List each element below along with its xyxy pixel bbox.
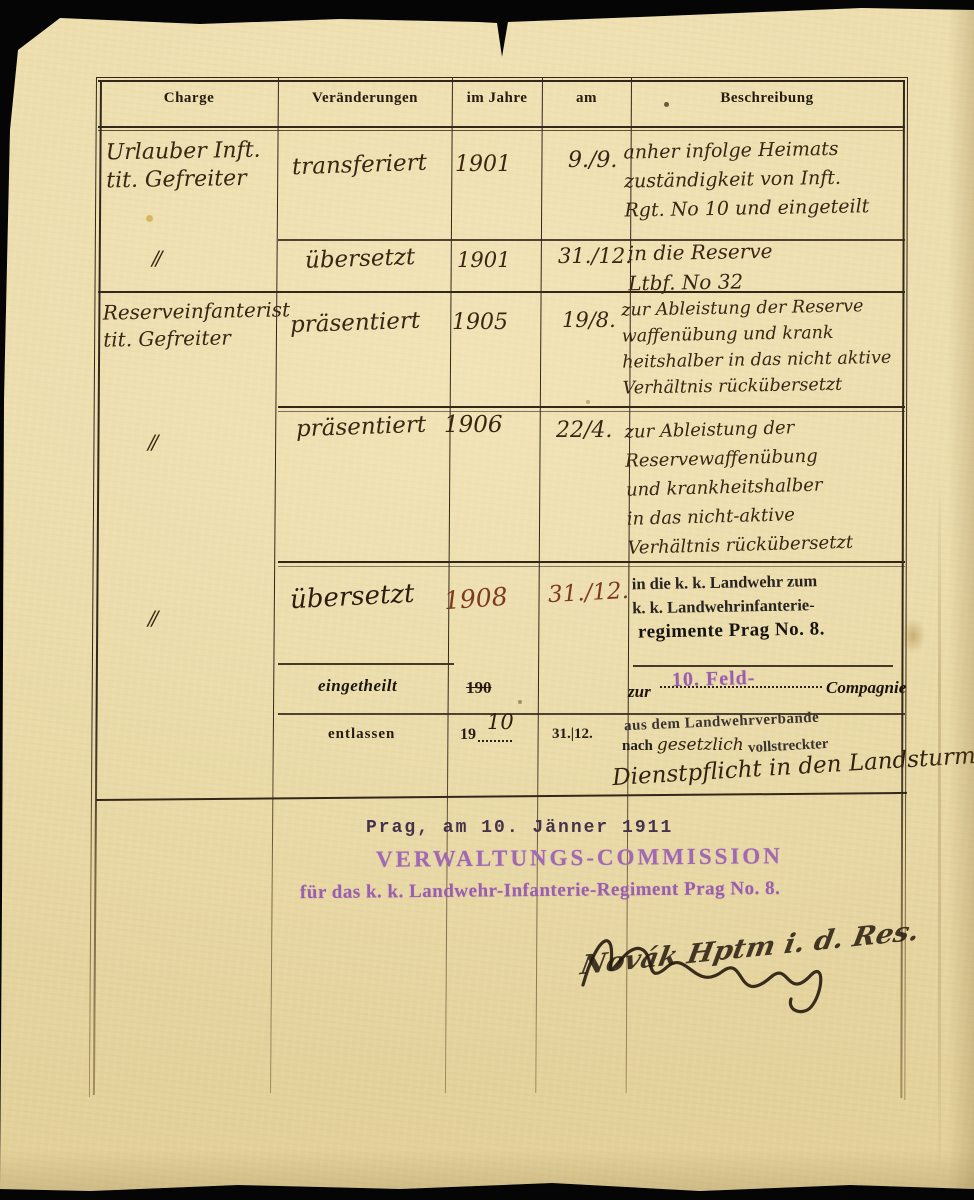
regiment-stamp-upper: in die k. k. Landwehr zum k. k. Landwehr… — [632, 568, 903, 621]
company-stamp: 10. Feld- — [672, 667, 756, 692]
paper-sheet: Charge Veränderungen im Jahre am Beschre… — [0, 0, 974, 1200]
row-divider-5-right — [633, 665, 893, 667]
year-handwritten: 10 — [487, 710, 514, 734]
year-cell: 1906 — [444, 412, 503, 438]
table-border-top-outer — [96, 77, 907, 78]
column-header-charge: Charge — [100, 90, 278, 107]
day-cell: 31./12. — [558, 244, 632, 268]
charge-ditto-mark: // — [148, 606, 155, 630]
day-cell: 19/8. — [562, 308, 616, 332]
change-printed: entlassen — [328, 726, 395, 743]
table-border-top-inner — [98, 80, 905, 82]
ink-dot — [664, 102, 669, 107]
description-cell: in die Reserve Ltbf. No 32 — [627, 234, 898, 299]
change-cell: übersetzt — [305, 244, 416, 274]
header-rule-thin — [98, 130, 903, 131]
yellow-dot — [146, 215, 153, 222]
small-speck — [586, 400, 590, 404]
discharge-stamp-line2: nach gesetzlich vollstreckter — [622, 735, 828, 755]
day-printed: 31.|12. — [552, 726, 593, 743]
record-bottom-rule — [96, 792, 907, 801]
charge-cell: Urlauber Inft. tit. Gefreiter — [106, 137, 262, 196]
paper-crease — [938, 470, 941, 1180]
description-cell: anher infolge Heimats zuständigkeit von … — [623, 133, 914, 225]
year-printed: 19 — [460, 726, 476, 744]
year-cell: 1908 — [443, 582, 508, 615]
header-rule-thick — [98, 126, 905, 128]
column-header-veraenderungen: Veränderungen — [278, 90, 452, 107]
handwritten-insert: gesetzlich — [657, 735, 744, 755]
day-cell: 22/4. — [556, 418, 612, 443]
year-struck: 190 — [466, 678, 492, 698]
charge-cell: Reserveinfanterist tit. Gefreiter — [103, 296, 291, 353]
row-divider-4b — [278, 566, 905, 567]
year-cell: 1901 — [455, 152, 511, 177]
right-edge-shadow — [948, 0, 974, 1200]
column-divider-1 — [270, 77, 279, 1093]
place-date-line: Prag, am 10. Jänner 1911 — [366, 818, 673, 838]
signature-block: Novák Hptm i. d. Res. — [575, 915, 875, 1025]
small-speck — [518, 700, 522, 704]
change-printed: eingetheilt — [318, 676, 397, 696]
year-cell: 1905 — [452, 310, 508, 335]
commission-stamp-line2: für das k. k. Landwehr-Infanterie-Regime… — [300, 878, 781, 904]
column-divider-3 — [535, 77, 543, 1093]
row-divider-4a — [278, 561, 905, 563]
compagnie-label: Compagnie — [826, 678, 906, 698]
change-cell: präsentiert — [290, 308, 421, 339]
charge-ditto-mark: // — [152, 246, 159, 270]
year-dotted-line — [478, 740, 512, 742]
column-header-am: am — [542, 90, 631, 107]
commission-stamp-line1: VERWALTUNGS-COMMISSION — [376, 843, 783, 873]
change-cell: präsentiert — [296, 412, 427, 443]
column-header-beschreibung: Beschreibung — [631, 90, 903, 107]
stain-blotch — [896, 612, 930, 660]
stamp-word-nach: nach — [622, 738, 653, 754]
change-cell: transferiert — [292, 150, 428, 181]
day-cell: 9./9. — [568, 148, 617, 173]
description-cell: zur Ableistung der Reservewaffenübung un… — [624, 410, 913, 562]
scanned-document: Charge Veränderungen im Jahre am Beschre… — [0, 0, 974, 1200]
charge-ditto-mark: // — [148, 430, 155, 454]
year-cell: 1901 — [457, 248, 510, 272]
column-header-im-jahre: im Jahre — [452, 90, 542, 107]
bottom-edge-shadow — [0, 1150, 974, 1192]
description-cell: zur Ableistung der Reserve waffenübung u… — [621, 292, 918, 401]
regiment-stamp-lower: regimente Prag No. 8. — [638, 618, 825, 643]
change-cell: übersetzt — [289, 579, 415, 615]
zur-label: zur — [628, 682, 651, 702]
row-divider-3a — [278, 406, 905, 408]
row-divider-5-left — [278, 663, 454, 665]
day-cell: 31./12. — [547, 578, 629, 608]
